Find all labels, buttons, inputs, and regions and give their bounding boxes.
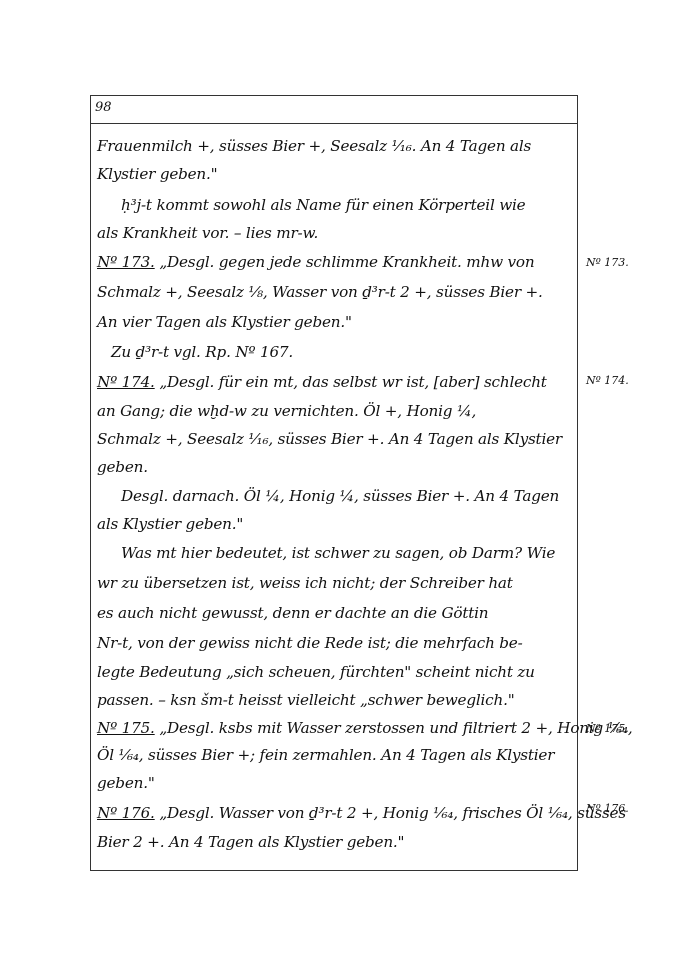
line-text: geben.	[97, 458, 148, 476]
text-line: Nº 173. „Desgl. gegen jede schlimme Kran…	[97, 253, 534, 271]
line-text: Zu ḏ³r-t vgl. Rp. Nº 167.	[111, 343, 293, 361]
handwritten-text-body: Frauenmilch +, süsses Bier +, Seesalz ¹⁄…	[91, 123, 577, 870]
text-line: Nº 175. „Desgl. ksbs mit Wasser zerstoss…	[97, 719, 633, 737]
text-line: Bier 2 +. An 4 Tagen als Klystier geben.…	[97, 833, 404, 851]
text-line: geben."	[97, 774, 155, 792]
text-line: als Krankheit vor. – lies mr-w.	[97, 224, 318, 242]
text-line: Was mt hier bedeutet, ist schwer zu sage…	[121, 544, 555, 562]
line-text: wr zu übersetzen ist, weiss ich nicht; d…	[97, 574, 513, 592]
entry-number: Nº 173.	[97, 253, 155, 271]
line-text: Schmalz +, Seesalz ¹⁄₁₆, süsses Bier +. …	[97, 430, 562, 448]
text-line: Frauenmilch +, süsses Bier +, Seesalz ¹⁄…	[97, 137, 531, 155]
line-text: legte Bedeutung „sich scheuen, fürchten"…	[97, 663, 535, 681]
line-text: geben."	[97, 774, 155, 792]
line-text: an Gang; die wḫd-w zu vernichten. Öl +, …	[97, 402, 476, 420]
line-text: passen. – ksn šm-t heisst vielleicht „sc…	[97, 691, 514, 709]
line-text: als Krankheit vor. – lies mr-w.	[97, 224, 318, 242]
line-text: „Desgl. Wasser von ḏ³r-t 2 +, Honig ⅟₆₄,…	[155, 804, 626, 822]
text-line: Öl ⅟₆₄, süsses Bier +; fein zermahlen. A…	[97, 746, 554, 764]
line-text: „Desgl. gegen jede schlimme Krankheit. m…	[155, 253, 535, 271]
text-line: Zu ḏ³r-t vgl. Rp. Nº 167.	[111, 343, 293, 361]
margin-entry-number: Nº 176.	[586, 802, 629, 815]
page-number: 98	[95, 100, 112, 115]
line-text: ḥ³j-t kommt sowohl als Name für einen Kö…	[121, 196, 525, 214]
text-line: Schmalz +, Seesalz ⅛, Wasser von ḏ³r-t 2…	[97, 283, 543, 301]
text-line: Nr-t, von der gewiss nicht die Rede ist;…	[97, 634, 523, 652]
entry-number: Nº 176.	[97, 804, 155, 822]
margin-entry-number: Nº 175.	[586, 722, 629, 735]
text-line: Nº 174. „Desgl. für ein mt, das selbst w…	[97, 373, 547, 391]
text-line: passen. – ksn šm-t heisst vielleicht „sc…	[97, 691, 514, 709]
text-line: Nº 176. „Desgl. Wasser von ḏ³r-t 2 +, Ho…	[97, 804, 626, 822]
line-text: als Klystier geben."	[97, 515, 243, 533]
text-line: es auch nicht gewusst, denn er dachte an…	[97, 604, 488, 622]
line-text: An vier Tagen als Klystier geben."	[97, 313, 352, 331]
entry-number: Nº 174.	[97, 373, 155, 391]
text-line: wr zu übersetzen ist, weiss ich nicht; d…	[97, 574, 513, 592]
margin-entry-number: Nº 173.	[586, 256, 629, 269]
text-line: Schmalz +, Seesalz ¹⁄₁₆, süsses Bier +. …	[97, 430, 562, 448]
line-text: es auch nicht gewusst, denn er dachte an…	[97, 604, 488, 622]
entry-number: Nº 175.	[97, 719, 155, 737]
text-line: als Klystier geben."	[97, 515, 243, 533]
text-line: Klystier geben."	[97, 165, 217, 183]
page-header: 98	[91, 96, 577, 124]
line-text: Was mt hier bedeutet, ist schwer zu sage…	[121, 544, 555, 562]
line-text: Schmalz +, Seesalz ⅛, Wasser von ḏ³r-t 2…	[97, 283, 543, 301]
line-text: Öl ⅟₆₄, süsses Bier +; fein zermahlen. A…	[97, 746, 554, 764]
line-text: Nr-t, von der gewiss nicht die Rede ist;…	[97, 634, 523, 652]
line-text: „Desgl. ksbs mit Wasser zerstossen und f…	[155, 719, 633, 737]
text-line: An vier Tagen als Klystier geben."	[97, 313, 352, 331]
line-text: „Desgl. für ein mt, das selbst wr ist, […	[155, 373, 547, 391]
margin-entry-number: Nº 174.	[586, 374, 629, 387]
text-line: legte Bedeutung „sich scheuen, fürchten"…	[97, 663, 535, 681]
line-text: Frauenmilch +, süsses Bier +, Seesalz ¹⁄…	[97, 137, 531, 155]
text-line: an Gang; die wḫd-w zu vernichten. Öl +, …	[97, 402, 476, 420]
line-text: Bier 2 +. An 4 Tagen als Klystier geben.…	[97, 833, 404, 851]
text-line: ḥ³j-t kommt sowohl als Name für einen Kö…	[121, 196, 525, 214]
line-text: Desgl. darnach. Öl ¼, Honig ¼, süsses Bi…	[121, 487, 559, 505]
text-line: Desgl. darnach. Öl ¼, Honig ¼, süsses Bi…	[121, 487, 559, 505]
page-frame: 98 Frauenmilch +, süsses Bier +, Seesalz…	[90, 95, 578, 871]
line-text: Klystier geben."	[97, 165, 217, 183]
text-line: geben.	[97, 458, 148, 476]
